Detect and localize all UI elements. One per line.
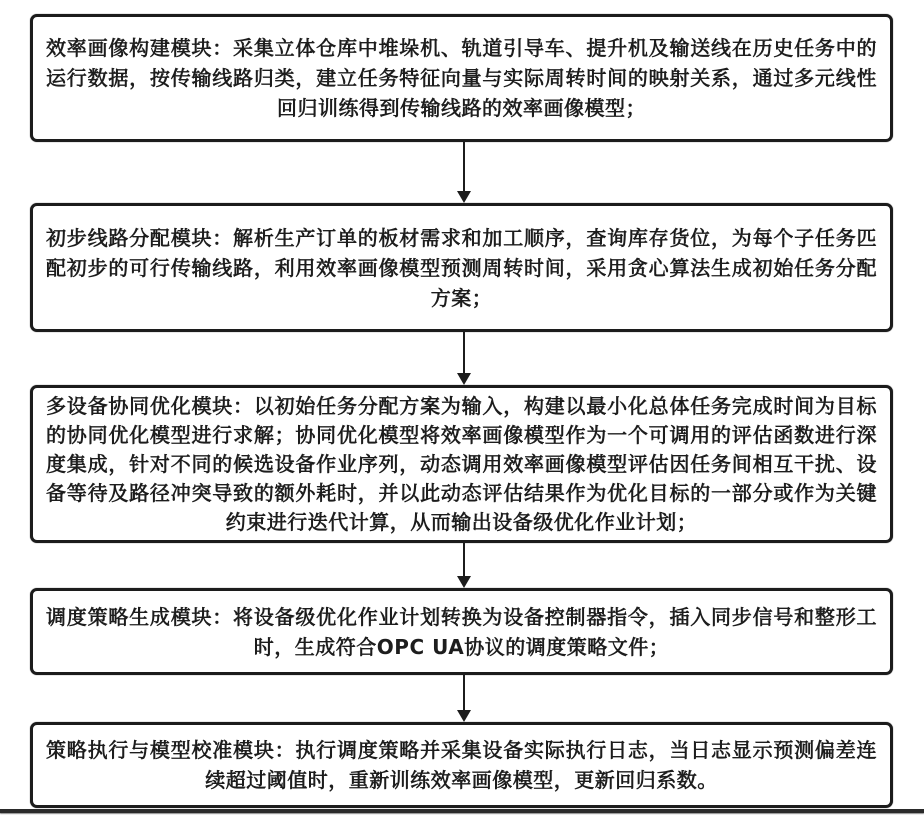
flowchart: 效率画像构建模块：采集立体仓库中堆垛机、轨道引导车、提升机及输送线在历史任务中的… xyxy=(0,0,924,834)
module-text-efficiency-profile-construction: 效率画像构建模块：采集立体仓库中堆垛机、轨道引导车、提升机及输送线在历史任务中的… xyxy=(46,33,877,123)
arrow-head xyxy=(457,710,471,722)
module-box-multi-device-co-optimization: 多设备协同优化模块：以初始任务分配方案为输入，构建以最小化总体任务完成时间为目标… xyxy=(30,385,893,543)
down-arrow-icon xyxy=(455,543,473,588)
arrow-shaft xyxy=(463,332,465,373)
arrow-shaft xyxy=(463,543,465,576)
module-box-strategy-execution-model-calibration: 策略执行与模型校准模块：执行调度策略并采集设备实际执行日志，当日志显示预测偏差连… xyxy=(30,722,893,808)
module-box-efficiency-profile-construction: 效率画像构建模块：采集立体仓库中堆垛机、轨道引导车、提升机及输送线在历史任务中的… xyxy=(30,14,893,142)
arrow-head xyxy=(457,373,471,385)
arrow-head xyxy=(457,576,471,588)
module-text-multi-device-co-optimization: 多设备协同优化模块：以初始任务分配方案为输入，构建以最小化总体任务完成时间为目标… xyxy=(46,392,877,537)
module-box-scheduling-strategy-generation: 调度策略生成模块：将设备级优化作业计划转换为设备控制器指令，插入同步信号和整形工… xyxy=(30,588,893,675)
module-text-strategy-execution-model-calibration: 策略执行与模型校准模块：执行调度策略并采集设备实际执行日志，当日志显示预测偏差连… xyxy=(46,735,877,795)
module-box-preliminary-route-allocation: 初步线路分配模块：解析生产订单的板材需求和加工顺序，查询库存货位，为每个子任务匹… xyxy=(30,203,893,332)
down-arrow-icon xyxy=(455,142,473,203)
down-arrow-icon xyxy=(455,675,473,722)
arrow-shaft xyxy=(463,675,465,710)
arrow-shaft xyxy=(463,142,465,191)
scan-artifact-line xyxy=(0,809,924,813)
arrow-head xyxy=(457,191,471,203)
down-arrow-icon xyxy=(455,332,473,385)
module-text-scheduling-strategy-generation: 调度策略生成模块：将设备级优化作业计划转换为设备控制器指令，插入同步信号和整形工… xyxy=(46,602,877,662)
module-text-preliminary-route-allocation: 初步线路分配模块：解析生产订单的板材需求和加工顺序，查询库存货位，为每个子任务匹… xyxy=(46,223,877,313)
